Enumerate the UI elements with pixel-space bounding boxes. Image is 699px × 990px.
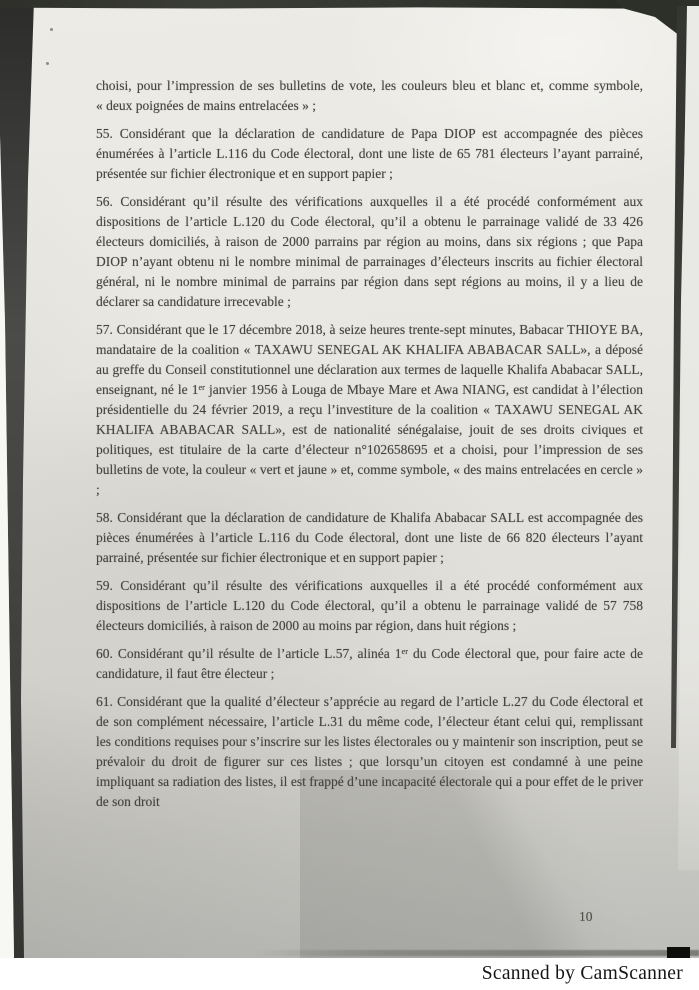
paragraph: 56. Considérant qu’il résulte des vérifi… [96,192,643,312]
paragraph-text: 58. Considérant que la déclaration de ca… [96,510,643,565]
camscanner-footer: Scanned by CamScanner [0,958,699,990]
photo-edge-top [0,0,699,9]
paragraph: 59. Considérant qu’il résulte des vérifi… [96,576,643,636]
paragraph-text: 61. Considérant que la qualité d’électeu… [96,694,643,809]
paragraph: choisi, pour l’impression de ses bulleti… [96,76,643,116]
paragraph-text: 59. Considérant qu’il résulte des vérifi… [96,578,643,633]
scan-corner-mark [667,947,690,958]
document-text: choisi, pour l’impression de ses bulleti… [96,76,643,820]
camscanner-label: Scanned by CamScanner [482,963,683,985]
paper-speck [50,28,53,31]
photo-edge-bottom [255,950,699,956]
paragraph-text: janvier 1956 à Louga de Mbaye Mare et Aw… [96,382,643,497]
paper-speck [46,62,49,65]
superscript-text: er [402,647,409,656]
paragraph-text: 60. Considérant qu’il résulte de l’artic… [96,646,402,661]
paragraph-text: choisi, pour l’impression de ses bulleti… [96,78,643,113]
paragraph: 57. Considérant que le 17 décembre 2018,… [96,320,643,500]
paragraph: 60. Considérant qu’il résulte de l’artic… [96,644,643,684]
paragraph: 61. Considérant que la qualité d’électeu… [96,692,643,812]
scanned-page-photo: choisi, pour l’impression de ses bulleti… [0,0,699,958]
paragraph: 58. Considérant que la déclaration de ca… [96,508,643,568]
paragraph: 55. Considérant que la déclaration de ca… [96,124,643,184]
paragraph-text: 55. Considérant que la déclaration de ca… [96,126,643,181]
page-number: 10 [579,909,593,925]
paragraph-text: 56. Considérant qu’il résulte des vérifi… [96,194,643,309]
superscript-text: er [198,383,205,392]
